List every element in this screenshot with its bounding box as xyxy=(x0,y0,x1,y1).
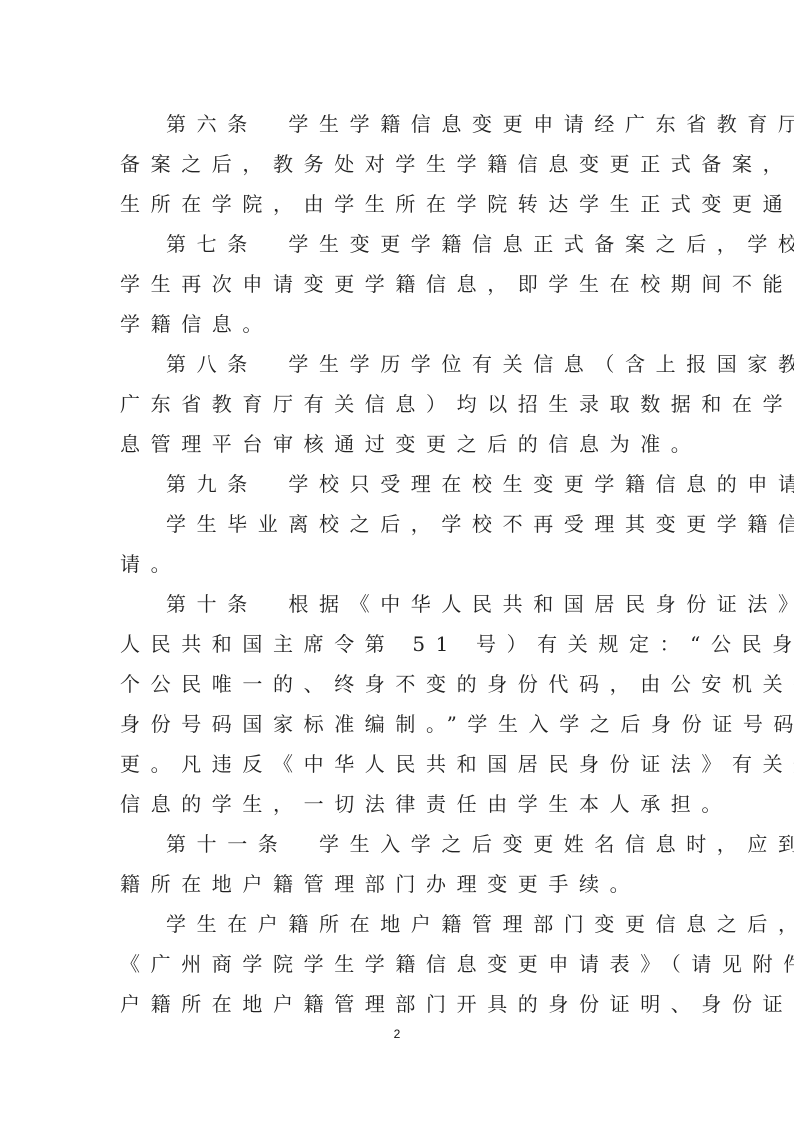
article-10-line-4: 身份号码国家标准编制。”学生入学之后身份证号码不予变 xyxy=(120,704,680,744)
article-9-para-2-line-1: 学生毕业离校之后，学校不再受理其变更学籍信息的申 xyxy=(120,504,680,544)
article-11-line-2: 籍所在地户籍管理部门办理变更手续。 xyxy=(120,864,680,904)
article-6-line-3: 生所在学院，由学生所在学院转达学生正式变更通知。 xyxy=(120,184,680,224)
article-8-line-3: 息管理平台审核通过变更之后的信息为准。 xyxy=(120,424,680,464)
article-6-line-2: 备案之后，教务处对学生学籍信息变更正式备案，并通知学 xyxy=(120,144,680,184)
page-number: 2 xyxy=(0,1027,794,1041)
article-6-line-1: 第六条 学生学籍信息变更申请经广东省教育厅成功 xyxy=(120,104,680,144)
article-10-line-6: 信息的学生，一切法律责任由学生本人承担。 xyxy=(120,784,680,824)
article-8-line-2: 广东省教育厅有关信息）均以招生录取数据和在学籍学历信 xyxy=(120,384,680,424)
document-body: 第六条 学生学籍信息变更申请经广东省教育厅成功 备案之后，教务处对学生学籍信息变… xyxy=(120,104,680,1024)
article-7-line-2: 学生再次申请变更学籍信息，即学生在校期间不能二次变更 xyxy=(120,264,680,304)
article-11-para-2-line-2: 《广州商学院学生学籍信息变更申请表》（请见附件），并持 xyxy=(120,944,680,984)
article-11-para-2-line-1: 学生在户籍所在地户籍管理部门变更信息之后，应填写 xyxy=(120,904,680,944)
article-8-line-1: 第八条 学生学历学位有关信息（含上报国家教育部和 xyxy=(120,344,680,384)
article-10-line-1: 第十条 根据《中华人民共和国居民身份证法》（中华 xyxy=(120,584,680,624)
article-10-line-2: 人民共和国主席令第 51 号）有关规定：“公民身份号码是每 xyxy=(120,624,680,664)
article-7-line-3: 学籍信息。 xyxy=(120,304,680,344)
article-11-line-1: 第十一条 学生入学之后变更姓名信息时，应到学生户 xyxy=(120,824,680,864)
article-10-line-5: 更。凡违反《中华人民共和国居民身份证法》有关规定变更 xyxy=(120,744,680,784)
article-9-para-2-line-2: 请。 xyxy=(120,544,680,584)
article-10-line-3: 个公民唯一的、终身不变的身份代码，由公安机关按照公民 xyxy=(120,664,680,704)
article-11-para-2-line-3: 户籍所在地户籍管理部门开具的身份证明、身份证复印件、 xyxy=(120,984,680,1024)
document-page: 第六条 学生学籍信息变更申请经广东省教育厅成功 备案之后，教务处对学生学籍信息变… xyxy=(0,0,794,1123)
article-9-line-1: 第九条 学校只受理在校生变更学籍信息的申请。 xyxy=(120,464,680,504)
article-7-line-1: 第七条 学生变更学籍信息正式备案之后，学校不受理 xyxy=(120,224,680,264)
